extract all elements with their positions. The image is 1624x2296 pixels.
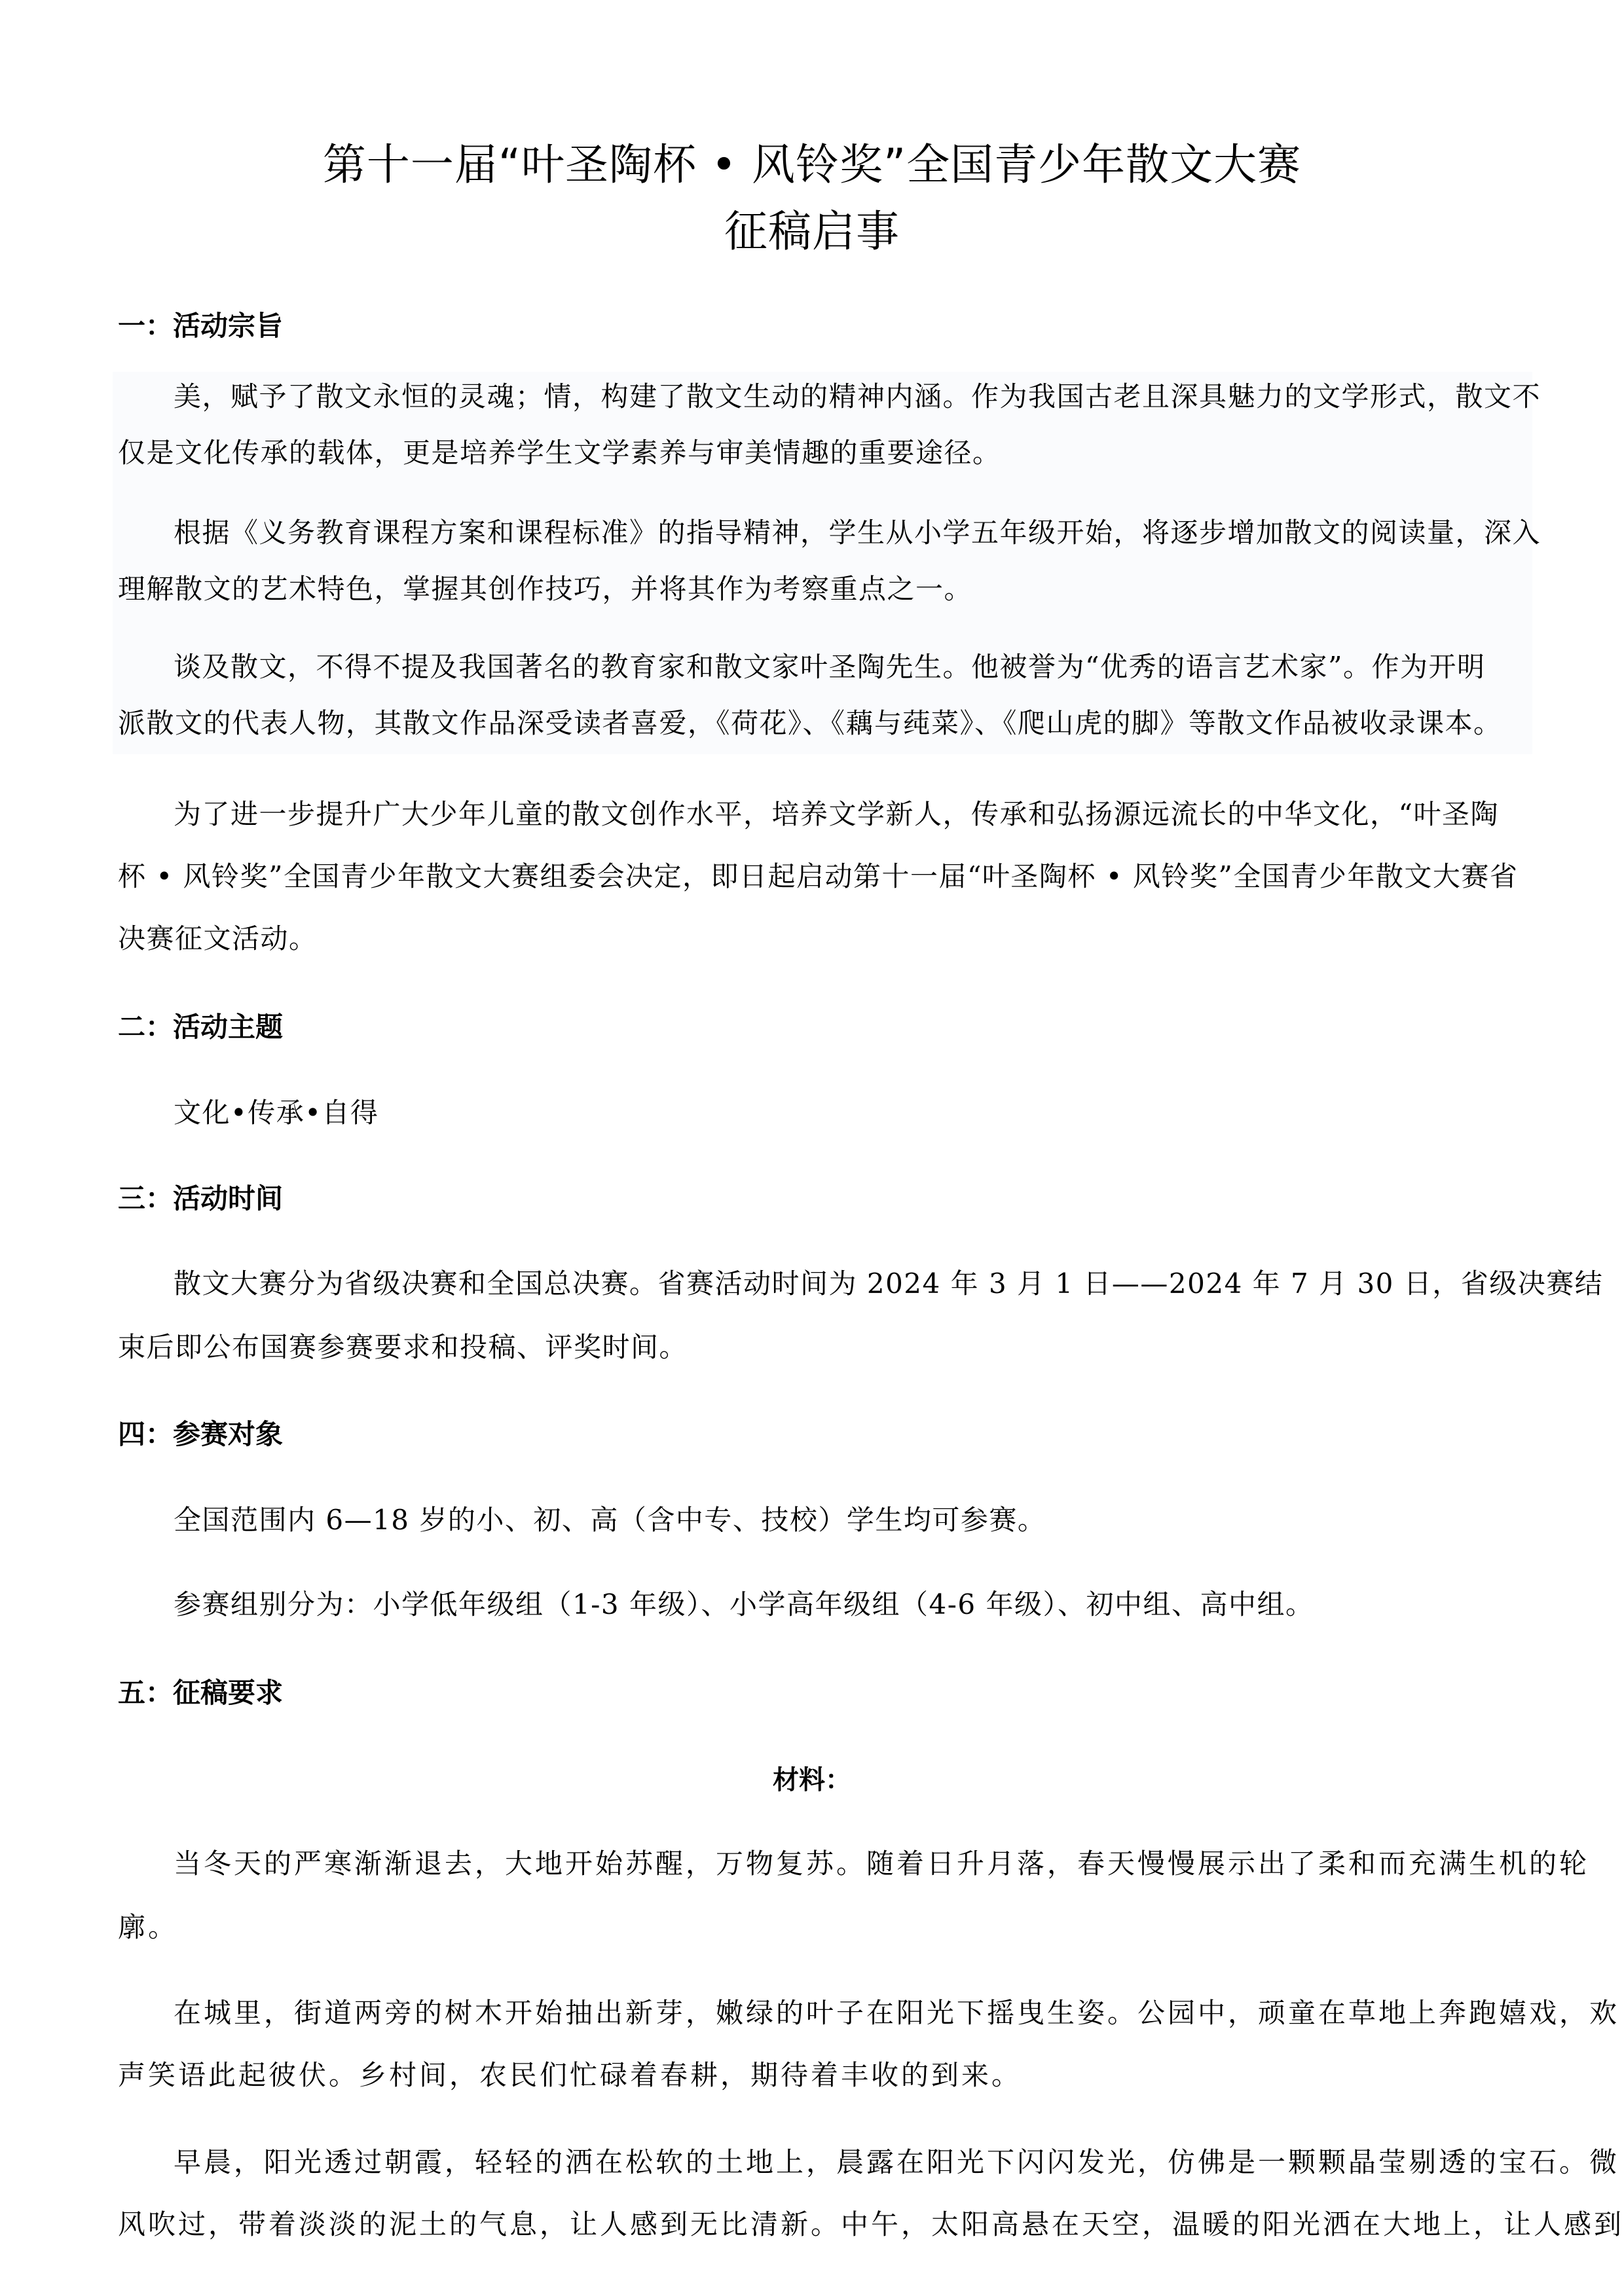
material-line: 在城里，街道两旁的树木开始抽出新芽，嫩绿的叶子在阳光下摇曳生姿。公园中，顽童在草… (174, 1994, 1619, 2033)
section-heading-3: 三：活动时间 (118, 1179, 283, 1218)
paragraph-line: 杯 • 风铃奖”全国青少年散文大赛组委会决定，即日起启动第十一届“叶圣陶杯 • … (118, 857, 1518, 896)
paragraph-line: 散文大赛分为省级决赛和全国总决赛。省赛活动时间为 2024 年 3 月 1 日—… (174, 1264, 1603, 1303)
material-label: 材料： (0, 1760, 1624, 1800)
paragraph-line: 理解散文的艺术特色，掌握其创作技巧，并将其作为考察重点之一。 (118, 570, 972, 609)
paragraph-line: 美，赋予了散文永恒的灵魂；情，构建了散文生动的精神内涵。作为我国古老且深具魅力的… (174, 377, 1541, 416)
paragraph-line: 派散文的代表人物，其散文作品深受读者喜爱，《荷花》、《藕与莼菜》、《爬山虎的脚》… (118, 704, 1502, 743)
theme-text: 文化•传承•自得 (174, 1093, 379, 1133)
paragraph-line: 参赛组别分为：小学低年级组（1-3 年级）、小学高年级组（4-6 年级）、初中组… (174, 1585, 1314, 1624)
paragraph-line: 谈及散文，不得不提及我国著名的教育家和散文家叶圣陶先生。他被誉为“优秀的语言艺术… (174, 647, 1485, 687)
section-heading-1: 一：活动宗旨 (118, 306, 283, 346)
document-subtitle: 征稿启事 (0, 206, 1624, 258)
section-heading-2: 二：活动主题 (118, 1008, 283, 1047)
document-title: 第十一届“叶圣陶杯 • 风铃奖”全国青少年散文大赛 (0, 139, 1624, 191)
paragraph-line: 决赛征文活动。 (118, 919, 318, 958)
material-line: 当冬天的严寒渐渐退去，大地开始苏醒，万物复苏。随着日升月落，春天慢慢展示出了柔和… (174, 1844, 1589, 1884)
section-heading-5: 五：征稿要求 (118, 1673, 283, 1713)
paragraph-line: 根据《义务教育课程方案和课程标准》的指导精神，学生从小学五年级开始，将逐步增加散… (174, 513, 1541, 553)
material-line: 廓。 (118, 1908, 178, 1947)
shaded-quote-block (113, 372, 1532, 754)
paragraph-line: 为了进一步提升广大少年儿童的散文创作水平，培养文学新人，传承和弘扬源远流长的中华… (174, 795, 1499, 834)
section-heading-4: 四：参赛对象 (118, 1415, 283, 1454)
paragraph-line: 束后即公布国赛参赛要求和投稿、评奖时间。 (118, 1328, 688, 1367)
paragraph-line: 全国范围内 6—18 岁的小、初、高（含中专、技校）学生均可参赛。 (174, 1501, 1046, 1540)
material-line: 风吹过，带着淡淡的泥土的气息，让人感到无比清新。中午，太阳高悬在天空，温暖的阳光… (118, 2205, 1624, 2244)
paragraph-line: 仅是文化传承的载体，更是培养学生文学素养与审美情趣的重要途径。 (118, 433, 1001, 473)
material-line: 声笑语此起彼伏。乡村间，农民们忙碌着春耕，期待着丰收的到来。 (118, 2056, 1022, 2095)
material-line: 早晨，阳光透过朝霞，轻轻的洒在松软的土地上，晨露在阳光下闪闪发光，仿佛是一颗颗晶… (174, 2143, 1619, 2182)
